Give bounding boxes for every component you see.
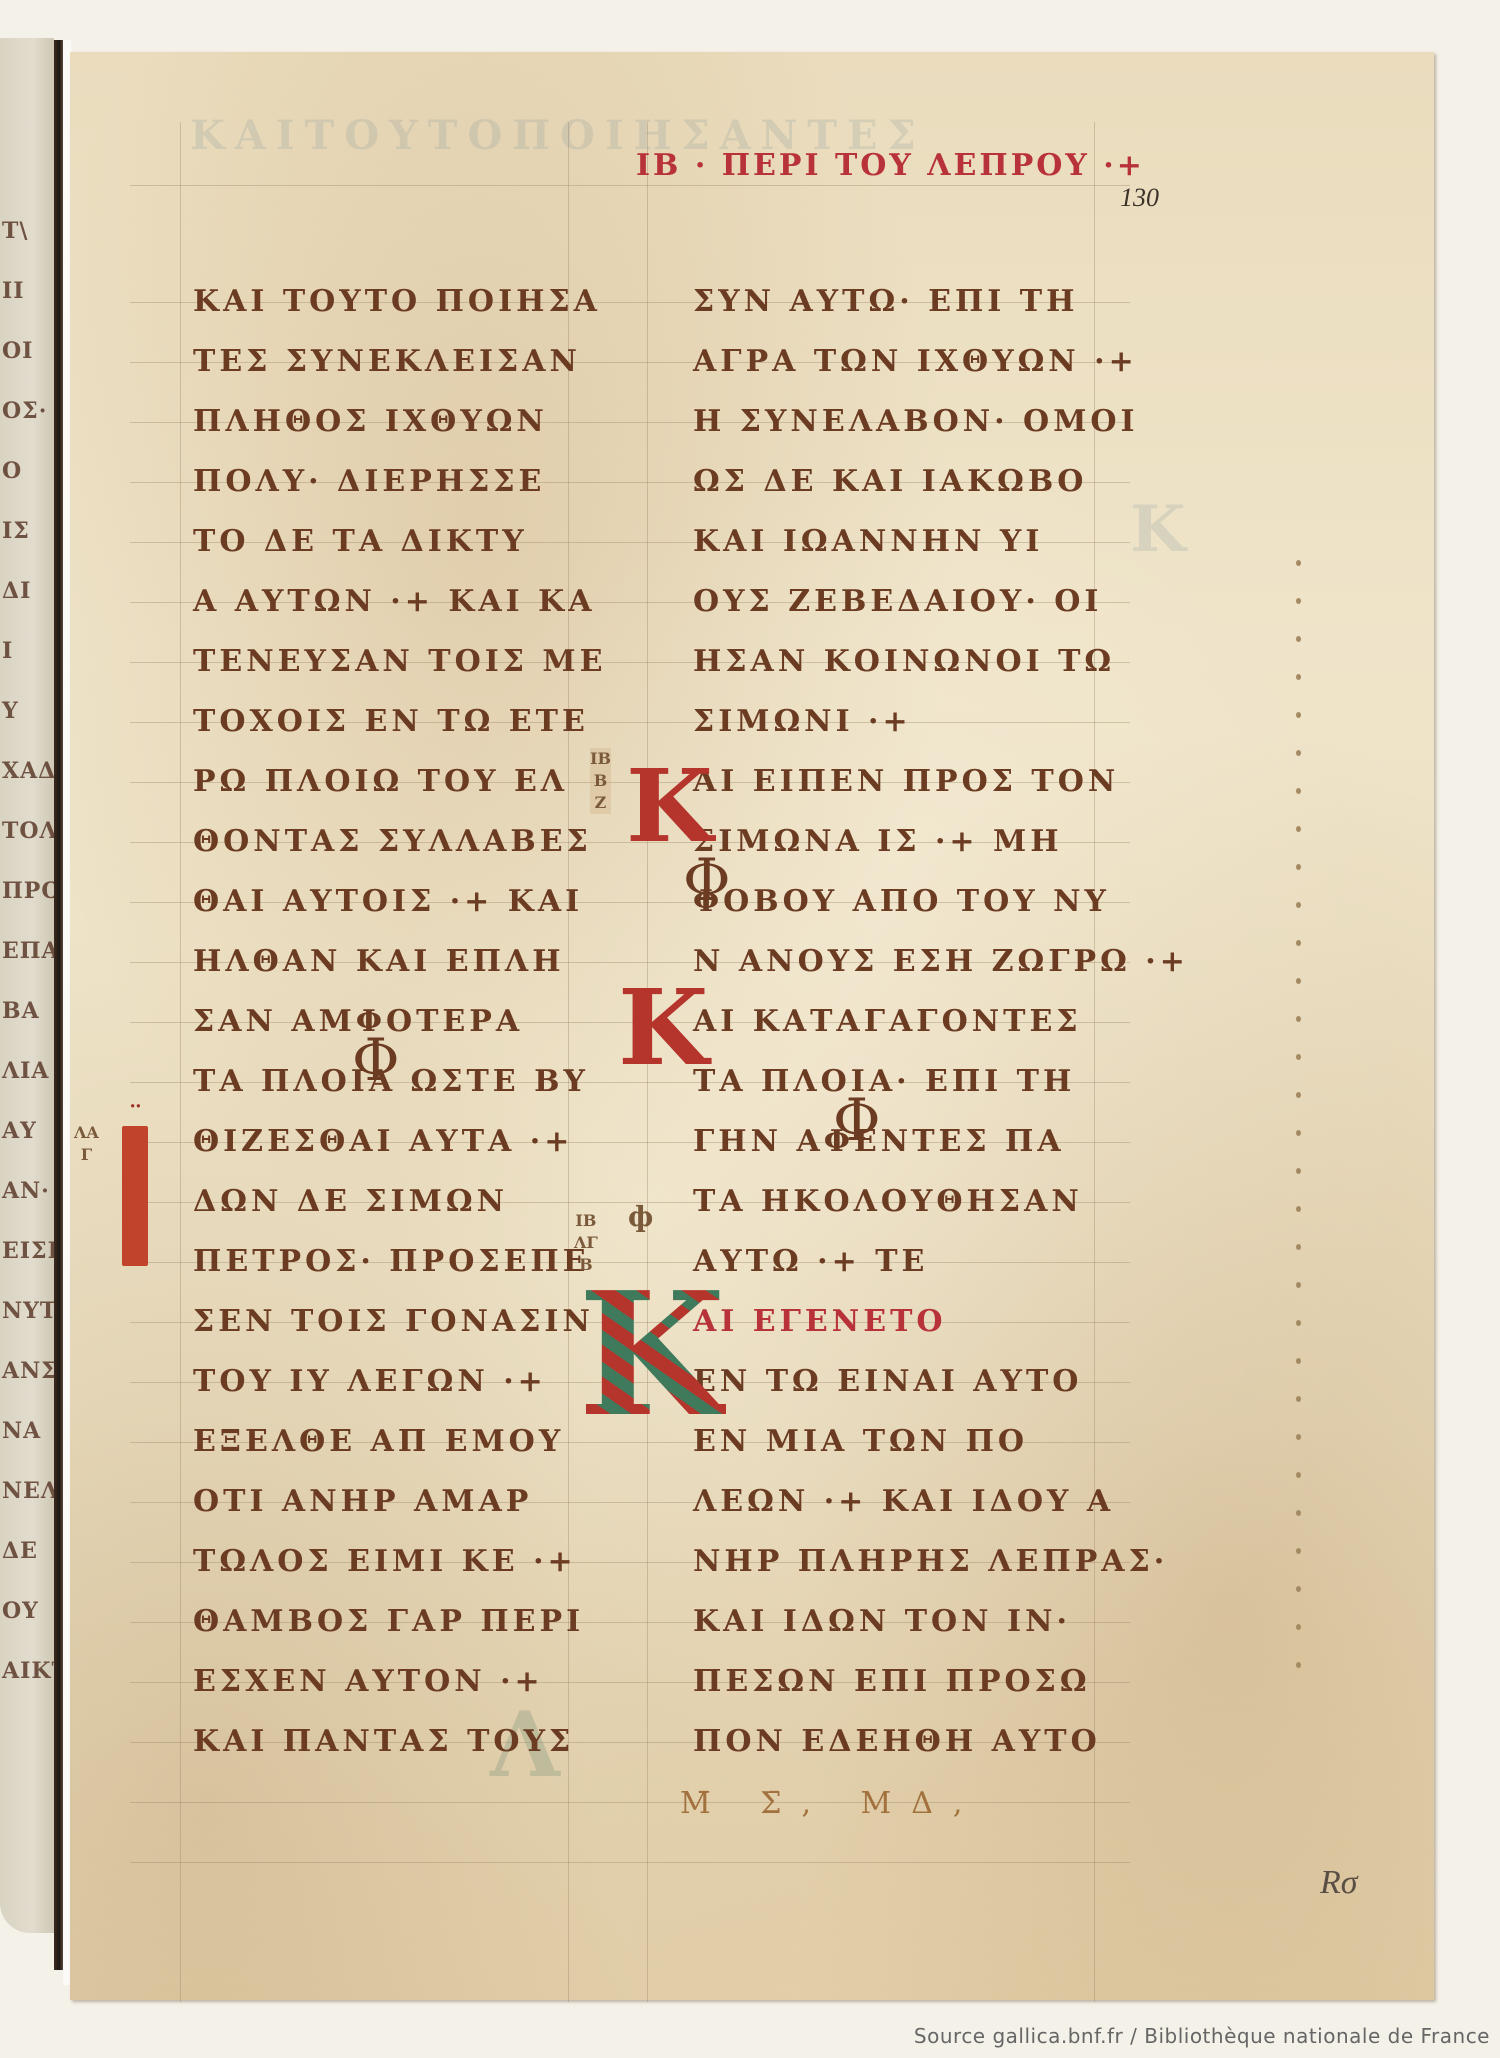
text-line: ΩΣ ΔΕ ΚΑΙ ΙΑΚΩΒΟ	[693, 452, 1189, 512]
facing-page-text-line: ΝΥΤΩ	[2, 1298, 54, 1324]
prick-mark	[1296, 1244, 1301, 1250]
prick-mark	[1296, 1168, 1301, 1174]
facing-page-text-line: Ο	[2, 458, 54, 484]
phi-ligature: Φ	[352, 1026, 400, 1094]
pricking-marks	[1296, 560, 1310, 1700]
text-line: ΤΕΝΕΥΣΑΝ ΤΟΙΣ ΜΕ	[193, 632, 606, 692]
text-line: ΠΛΗΘΟΣ ΙΧΘΥΩΝ	[193, 392, 606, 452]
text-line: ΣΑΝ ΑΜΦΟΤΕΡΑ	[193, 992, 606, 1052]
text-line: ΣΥΝ ΑΥΤΩ· ΕΠΙ ΤΗ	[693, 272, 1189, 332]
prick-mark	[1296, 750, 1301, 756]
facing-page-text-line: ΝΑ	[2, 1418, 54, 1444]
right-text-column: ΣΥΝ ΑΥΤΩ· ΕΠΙ ΤΗΑΓΡΑ ΤΩΝ ΙΧΘΥΩΝ ·+Η ΣΥΝΕ…	[693, 272, 1189, 1772]
text-line: ΚΑΙ ΤΟΥΤΟ ΠΟΙΗΣΑ	[193, 272, 606, 332]
prick-mark	[1296, 978, 1301, 984]
prick-mark	[1296, 1548, 1301, 1554]
ruling-line	[130, 1862, 1130, 1863]
facing-page-text-line: ΙΙ	[2, 278, 54, 304]
text-line: ΤΟΧΟΙΣ ΕΝ ΤΩ ΕΤΕ	[193, 692, 606, 752]
facing-page-text-line: ΔΕ	[2, 1538, 54, 1564]
text-line: ΕΝ ΜΙΑ ΤΩΝ ΠΟ	[693, 1412, 1189, 1472]
text-line: ΠΟΛΥ· ΔΙΕΡΗΣΣΕ	[193, 452, 606, 512]
prick-mark	[1296, 636, 1301, 642]
prick-mark	[1296, 1396, 1301, 1402]
text-line: ΠΟΝ ΕΔΕΗΘΗ ΑΥΤΟ	[693, 1712, 1189, 1772]
facing-page-text-line: ΙΣ	[2, 518, 54, 544]
prick-mark	[1296, 1016, 1301, 1022]
quire-signatures: Μ̄ Σ̄, ΜΔ,	[680, 1786, 982, 1821]
source-credit: Source gallica.bnf.fr / Bibliothèque nat…	[914, 2024, 1490, 2048]
facing-page-text-line: ΑΥ	[2, 1118, 54, 1144]
text-line: ΗΛΘΑΝ ΚΑΙ ΕΠΛΗ	[193, 932, 606, 992]
text-line: ΟΤΙ ΑΝΗΡ ΑΜΑΡ	[193, 1472, 606, 1532]
text-line: ΤΑ ΠΛΟΙΑ· ΕΠΙ ΤΗ	[693, 1052, 1189, 1112]
facing-page-strip: Τ\ΙΙΟΙΟΣ·ΟΙΣΔΙΙΥΧΑΔΙΤΟΛΠΡΟΣΕΠΑΒΑΛΙΑΑΥΑΝ·…	[0, 38, 54, 1933]
text-line: ΘΑΜΒΟΣ ΓΑΡ ΠΕΡΙ	[193, 1592, 606, 1652]
ruling-line	[180, 122, 181, 2002]
text-line: ΕΞΕΛΘΕ ΑΠ ΕΜΟΥ	[193, 1412, 606, 1472]
facing-page-text-line: ΛΙΑ	[2, 1058, 54, 1084]
facing-page-text-line: ΑΝΣ	[2, 1358, 54, 1384]
text-line: ΑΙ ΚΑΤΑΓΑΓΟΝΤΕΣ	[693, 992, 1189, 1052]
initial-iota-red	[122, 1126, 148, 1266]
prick-mark	[1296, 864, 1301, 870]
text-line: ΑΥΤΩ ·+ ΤΕ	[693, 1232, 1189, 1292]
text-line: ΕΝ ΤΩ ΕΙΝΑΙ ΑΥΤΟ	[693, 1352, 1189, 1412]
facing-page-text-line: ΑΙΚΤΥ	[2, 1658, 54, 1684]
text-line: ΗΣΑΝ ΚΟΙΝΩΝΟΙ ΤΩ	[693, 632, 1189, 692]
prick-mark	[1296, 1320, 1301, 1326]
text-line: ΤΩΛΟΣ ΕΙΜΙ ΚΕ ·+	[193, 1532, 606, 1592]
folio-number: 130	[1120, 183, 1159, 213]
text-line: ΟΥΣ ΖΕΒΕΔΑΙΟΥ· ΟΙ	[693, 572, 1189, 632]
text-line: ΤΑ ΠΛΟΙΑ ΩΣΤΕ ΒΥ	[193, 1052, 606, 1112]
text-line: ΠΕΣΩΝ ΕΠΙ ΠΡΟΣΩ	[693, 1652, 1189, 1712]
facing-page-text-line: ΟΙ	[2, 338, 54, 364]
text-line: Ν ΑΝΟΥΣ ΕΣΗ ΖΩΓΡΩ ·+	[693, 932, 1189, 992]
facing-page-text-line: ΝΕΛΙ	[2, 1478, 54, 1504]
prick-mark	[1296, 1624, 1301, 1630]
facing-page-text-line: Ι	[2, 638, 54, 664]
text-line: ΚΑΙ ΠΑΝΤΑΣ ΤΟΥΣ	[193, 1712, 606, 1772]
facing-page-text-line: ΧΑΔΙ	[2, 758, 54, 784]
text-line: ΛΕΩΝ ·+ ΚΑΙ ΙΔΟΥ Α	[693, 1472, 1189, 1532]
prick-mark	[1296, 826, 1301, 832]
text-line: ΣΙΜΩΝΑ ΙΣ ·+ ΜΗ	[693, 812, 1189, 872]
facing-page-text-line: ΒΑ	[2, 998, 54, 1024]
facing-page-text-line: ΤΟΛ	[2, 818, 54, 844]
text-line: ΤΕΣ ΣΥΝΕΚΛΕΙΣΑΝ	[193, 332, 606, 392]
initial-kappa-ornamented: Κ	[578, 1270, 726, 1440]
prick-mark	[1296, 712, 1301, 718]
text-line: ΘΑΙ ΑΥΤΟΙΣ ·+ ΚΑΙ	[193, 872, 606, 932]
text-line: ΤΟ ΔΕ ΤΑ ΔΙΚΤΥ	[193, 512, 606, 572]
prick-mark	[1296, 1434, 1301, 1440]
binding-gutter	[54, 40, 63, 1970]
text-line: ΤΟΥ ΙΥ ΛΕΓΩΝ ·+	[193, 1352, 606, 1412]
prick-mark	[1296, 1510, 1301, 1516]
kephalaion-number-right-1: ΙΒ Β Ζ	[590, 748, 611, 814]
facing-page-text-line: ΑΝ·	[2, 1178, 54, 1204]
facing-page-text-line: ΟΥ	[2, 1598, 54, 1624]
prick-mark	[1296, 1206, 1301, 1212]
facing-page-text-line: Τ\	[2, 218, 54, 244]
left-text-column: ΚΑΙ ΤΟΥΤΟ ΠΟΙΗΣΑΤΕΣ ΣΥΝΕΚΛΕΙΣΑΝΠΛΗΘΟΣ ΙΧ…	[193, 272, 606, 1772]
text-line: ΤΑ ΗΚΟΛΟΥΘΗΣΑΝ	[693, 1172, 1189, 1232]
ruling-line	[130, 185, 1130, 186]
pencil-shelf-mark: Rσ	[1320, 1864, 1358, 1902]
running-head-rubric: ΙΒ · ΠΕΡΙ ΤΟΥ ΛΕΠΡΟΥ ·+	[636, 148, 1145, 183]
prick-mark	[1296, 598, 1301, 604]
initial-kappa-red-1: Κ	[626, 756, 713, 856]
prick-mark	[1296, 674, 1301, 680]
text-line: ΑΙ ΕΙΠΕΝ ΠΡΟΣ ΤΟΝ	[693, 752, 1189, 812]
prick-mark	[1296, 1662, 1301, 1668]
phi-ligature: Φ	[833, 1086, 881, 1154]
text-line: ΘΙΖΕΣΘΑΙ ΑΥΤΑ ·+	[193, 1112, 606, 1172]
prick-mark	[1296, 560, 1301, 566]
facing-page-text-line: ΠΡΟΣ	[2, 878, 54, 904]
text-line: ΓΗΝ ΑΦΕΝΤΕΣ ΠΑ	[693, 1112, 1189, 1172]
facing-page-text-line: ΟΣ·	[2, 398, 54, 424]
prick-mark	[1296, 1130, 1301, 1136]
text-line: ΝΗΡ ΠΛΗΡΗΣ ΛΕΠΡΑΣ·	[693, 1532, 1189, 1592]
text-line: ΑΙ ΕΓΕΝΕΤΟ	[693, 1292, 1189, 1352]
facing-page-text-line: ΕΙΣΙ	[2, 1238, 54, 1264]
text-line: ΠΕΤΡΟΣ· ΠΡΟΣΕΠΕ	[193, 1232, 606, 1292]
initial-kappa-red-2: Κ	[618, 976, 708, 1080]
kephalaion-number-right-2: ΙΒ ΛΓ Β	[574, 1210, 598, 1276]
prick-mark	[1296, 1054, 1301, 1060]
text-line: ΚΑΙ ΙΔΩΝ ΤΟΝ ΙΝ·	[693, 1592, 1189, 1652]
text-line: ΑΓΡΑ ΤΩΝ ΙΧΘΥΩΝ ·+	[693, 332, 1189, 392]
ornament-mark: ф	[628, 1206, 653, 1228]
facing-page-text-line: Υ	[2, 698, 54, 724]
text-line: ΦΟΒΟΥ ΑΠΟ ΤΟΥ ΝΥ	[693, 872, 1189, 932]
text-line: ΣΙΜΩΝΙ ·+	[693, 692, 1189, 752]
text-line: ΔΩΝ ΔΕ ΣΙΜΩΝ	[193, 1172, 606, 1232]
text-line: ΚΑΙ ΙΩΑΝΝΗΝ ΥΙ	[693, 512, 1189, 572]
prick-mark	[1296, 1282, 1301, 1288]
facing-page-text-line: ΕΠΑ	[2, 938, 54, 964]
prick-mark	[1296, 1358, 1301, 1364]
prick-mark	[1296, 1092, 1301, 1098]
kephalaion-number-left: ΛΑ Γ	[74, 1122, 99, 1166]
prick-mark	[1296, 902, 1301, 908]
text-line: ΣΕΝ ΤΟΙΣ ΓΟΝΑΣΙΝ	[193, 1292, 606, 1352]
prick-mark	[1296, 1472, 1301, 1478]
text-line: Η ΣΥΝΕΛΑΒΟΝ· ΟΜΟΙ	[693, 392, 1189, 452]
phi-ligature: Φ	[683, 846, 731, 914]
text-line: ΕΣΧΕΝ ΑΥΤΟΝ ·+	[193, 1652, 606, 1712]
prick-mark	[1296, 788, 1301, 794]
prick-mark	[1296, 940, 1301, 946]
text-line: ΘΟΝΤΑΣ ΣΥΛΛΑΒΕΣ	[193, 812, 606, 872]
text-line: ΡΩ ΠΛΟΙΩ ΤΟΥ ΕΛ	[193, 752, 606, 812]
prick-mark	[1296, 1586, 1301, 1592]
facing-page-text-line: ΔΙ	[2, 578, 54, 604]
text-line: Α ΑΥΤΩΝ ·+ ΚΑΙ ΚΑ	[193, 572, 606, 632]
